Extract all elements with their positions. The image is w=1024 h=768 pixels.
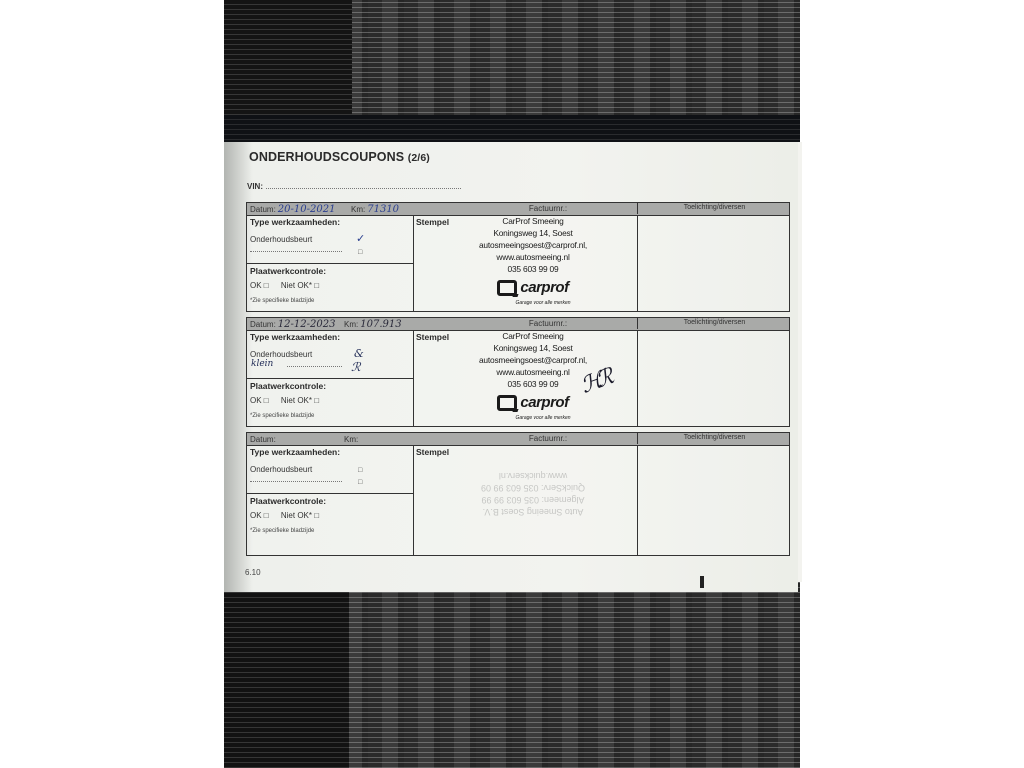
extra-work-checkbox: □ — [358, 479, 362, 486]
toelichting-section — [637, 330, 789, 426]
maintenance-coupon-sheet: ONDERHOUDSCOUPONS (2/6) VIN: Datum:20-10… — [224, 142, 798, 592]
datum-field: Datum:12-12-2023 — [250, 319, 335, 330]
plaatwerkcontrole-label: Plaatwerkcontrole: — [250, 496, 326, 506]
coupon-2: Datum:12-12-2023 Km:107.913 Factuurnr.: … — [246, 317, 790, 427]
stamp-section: Stempel CarProf Smeeing Koningsweg 14, S… — [413, 330, 638, 426]
stamp-email: autosmeeingsoest@carprof.nl, — [453, 239, 613, 251]
onderhoudsbeurt-label: Onderhoudsbeurt — [250, 235, 312, 244]
factuurnr-label: Factuurnr.: — [436, 319, 660, 328]
datum-label: Datum: — [250, 205, 276, 214]
fabric-fold — [224, 115, 800, 145]
title-text: ONDERHOUDSCOUPONS — [249, 150, 404, 164]
ok-checkbox: □ — [264, 511, 269, 520]
coupon-3: Datum: Km: Factuurnr.: Toelichting/diver… — [246, 432, 790, 556]
datum-value: 20-10-2021 — [278, 204, 336, 215]
plaatwerk-options: OK □ Niet OK* □ — [250, 511, 319, 520]
factuurnr-label: Factuurnr.: — [436, 434, 660, 443]
stamp-email: autosmeeingsoest@carprof.nl, — [453, 354, 613, 366]
km-value: 71310 — [367, 204, 399, 215]
km-field: Km:107.913 — [344, 319, 402, 330]
niet-ok-checkbox: □ — [314, 396, 319, 405]
stamp-website: www.autosmeeing.nl — [453, 251, 613, 263]
onderhoudsbeurt-checkbox: □ — [358, 467, 362, 474]
niet-ok-checkbox: □ — [314, 511, 319, 520]
onderhoudsbeurt-initial-mark: & — [354, 347, 364, 360]
stamp-name: CarProf Smeeing — [453, 215, 613, 227]
niet-ok-label: Niet OK* — [281, 511, 312, 520]
toelichting-label: Toelichting/diversen — [637, 318, 791, 329]
vin-label: VIN: — [247, 182, 263, 191]
stamp-address: Koningsweg 14, Soest — [453, 342, 613, 354]
work-type-section: Type werkzaamheden: Onderhoudsbeurt & kl… — [247, 330, 414, 426]
coupon-1: Datum:20-10-2021 Km:71310 Factuurnr.: To… — [246, 202, 790, 312]
type-werkzaamheden-label: Type werkzaamheden: — [250, 217, 340, 227]
onderhoudsbeurt-label: Onderhoudsbeurt — [250, 350, 312, 359]
datum-label: Datum: — [250, 320, 276, 329]
onderhoudsbeurt-label: Onderhoudsbeurt — [250, 465, 312, 474]
ok-label: OK — [250, 396, 262, 405]
ok-label: OK — [250, 281, 262, 290]
stamp-section: Stempel Auto Smeeing Soest B.V. Algemeen… — [413, 445, 638, 555]
page-count: (2/6) — [408, 152, 430, 164]
datum-field: Datum:20-10-2021 — [250, 204, 335, 215]
stamp-name: CarProf Smeeing — [453, 330, 613, 342]
km-label: Km: — [344, 320, 358, 329]
faded-stamp-line: Auto Smeeing Soest B.V. — [453, 506, 613, 518]
stamp-phone: 035 603 99 09 — [453, 263, 613, 275]
plaatwerk-options: OK □ Niet OK* □ — [250, 281, 319, 290]
logo-text: carprof — [520, 279, 568, 296]
faded-stamp-line: www.quickserv.nl — [453, 470, 613, 482]
work-type-section: Type werkzaamheden: Onderhoudsbeurt □ □ … — [247, 445, 414, 555]
fabric-shadow-bottom — [224, 592, 349, 768]
vin-field: VIN: — [247, 182, 461, 191]
stempel-label: Stempel — [416, 447, 449, 457]
km-label: Km: — [351, 205, 365, 214]
page-title: ONDERHOUDSCOUPONS (2/6) — [249, 150, 430, 164]
faded-stamp-line: QuickServ: 035 603 99 09 — [453, 482, 613, 494]
onderhoudsbeurt-checkmark: ✓ — [356, 232, 365, 245]
carprof-logo: carprof — [497, 394, 568, 411]
stamp-section: Stempel CarProf Smeeing Koningsweg 14, S… — [413, 215, 638, 311]
vin-dotted-line — [266, 182, 461, 189]
factuurnr-label: Factuurnr.: — [436, 204, 660, 213]
extra-work-checkbox: □ — [358, 249, 362, 256]
stempel-label: Stempel — [416, 332, 449, 342]
section-divider — [247, 493, 413, 494]
page-number: 6.10 — [245, 568, 261, 577]
ok-label: OK — [250, 511, 262, 520]
extra-work-dotted-line — [250, 481, 342, 482]
logo-tagline: Garage voor alle merken — [473, 415, 613, 421]
toelichting-section — [637, 445, 789, 555]
ok-checkbox: □ — [264, 396, 269, 405]
section-divider — [247, 263, 413, 264]
carprof-logo-icon — [497, 395, 517, 411]
niet-ok-checkbox: □ — [314, 281, 319, 290]
plaatwerk-options: OK □ Niet OK* □ — [250, 396, 319, 405]
datum-value: 12-12-2023 — [278, 319, 336, 330]
footnote: *Zie specifieke bladzijde — [250, 413, 314, 419]
extra-work-initial-mark: ℛ — [351, 360, 361, 374]
page-tab-marker — [700, 576, 704, 588]
garage-stamp: CarProf Smeeing Koningsweg 14, Soest aut… — [453, 215, 613, 306]
niet-ok-label: Niet OK* — [281, 396, 312, 405]
footnote: *Zie specifieke bladzijde — [250, 528, 314, 534]
work-type-section: Type werkzaamheden: Onderhoudsbeurt ✓ □ … — [247, 215, 414, 311]
type-werkzaamheden-label: Type werkzaamheden: — [250, 332, 340, 342]
stempel-label: Stempel — [416, 217, 449, 227]
toelichting-label: Toelichting/diversen — [637, 203, 791, 214]
datum-field: Datum: — [250, 434, 278, 445]
carprof-logo: carprof — [497, 279, 568, 296]
type-werkzaamheden-label: Type werkzaamheden: — [250, 447, 340, 457]
ok-checkbox: □ — [264, 281, 269, 290]
stamp-address: Koningsweg 14, Soest — [453, 227, 613, 239]
toelichting-section — [637, 215, 789, 311]
km-value: 107.913 — [360, 319, 401, 330]
toelichting-label: Toelichting/diversen — [637, 433, 791, 444]
faded-mirrored-stamp: Auto Smeeing Soest B.V. Algemeen: 035 60… — [453, 470, 613, 518]
footnote: *Zie specifieke bladzijde — [250, 298, 314, 304]
carprof-logo-icon — [497, 280, 517, 296]
km-field: Km: — [344, 434, 360, 445]
faded-stamp-line: Algemeen: 035 603 99 99 — [453, 494, 613, 506]
niet-ok-label: Niet OK* — [281, 281, 312, 290]
logo-text: carprof — [520, 394, 568, 411]
logo-tagline: Garage voor alle merken — [473, 300, 613, 306]
extra-work-dotted-line — [287, 366, 342, 367]
plaatwerkcontrole-label: Plaatwerkcontrole: — [250, 266, 326, 276]
section-divider — [247, 378, 413, 379]
extra-work-handwritten: klein — [251, 359, 273, 369]
km-label: Km: — [344, 435, 358, 444]
datum-label: Datum: — [250, 435, 276, 444]
extra-work-dotted-line — [250, 251, 342, 252]
plaatwerkcontrole-label: Plaatwerkcontrole: — [250, 381, 326, 391]
km-field: Km:71310 — [351, 204, 399, 215]
